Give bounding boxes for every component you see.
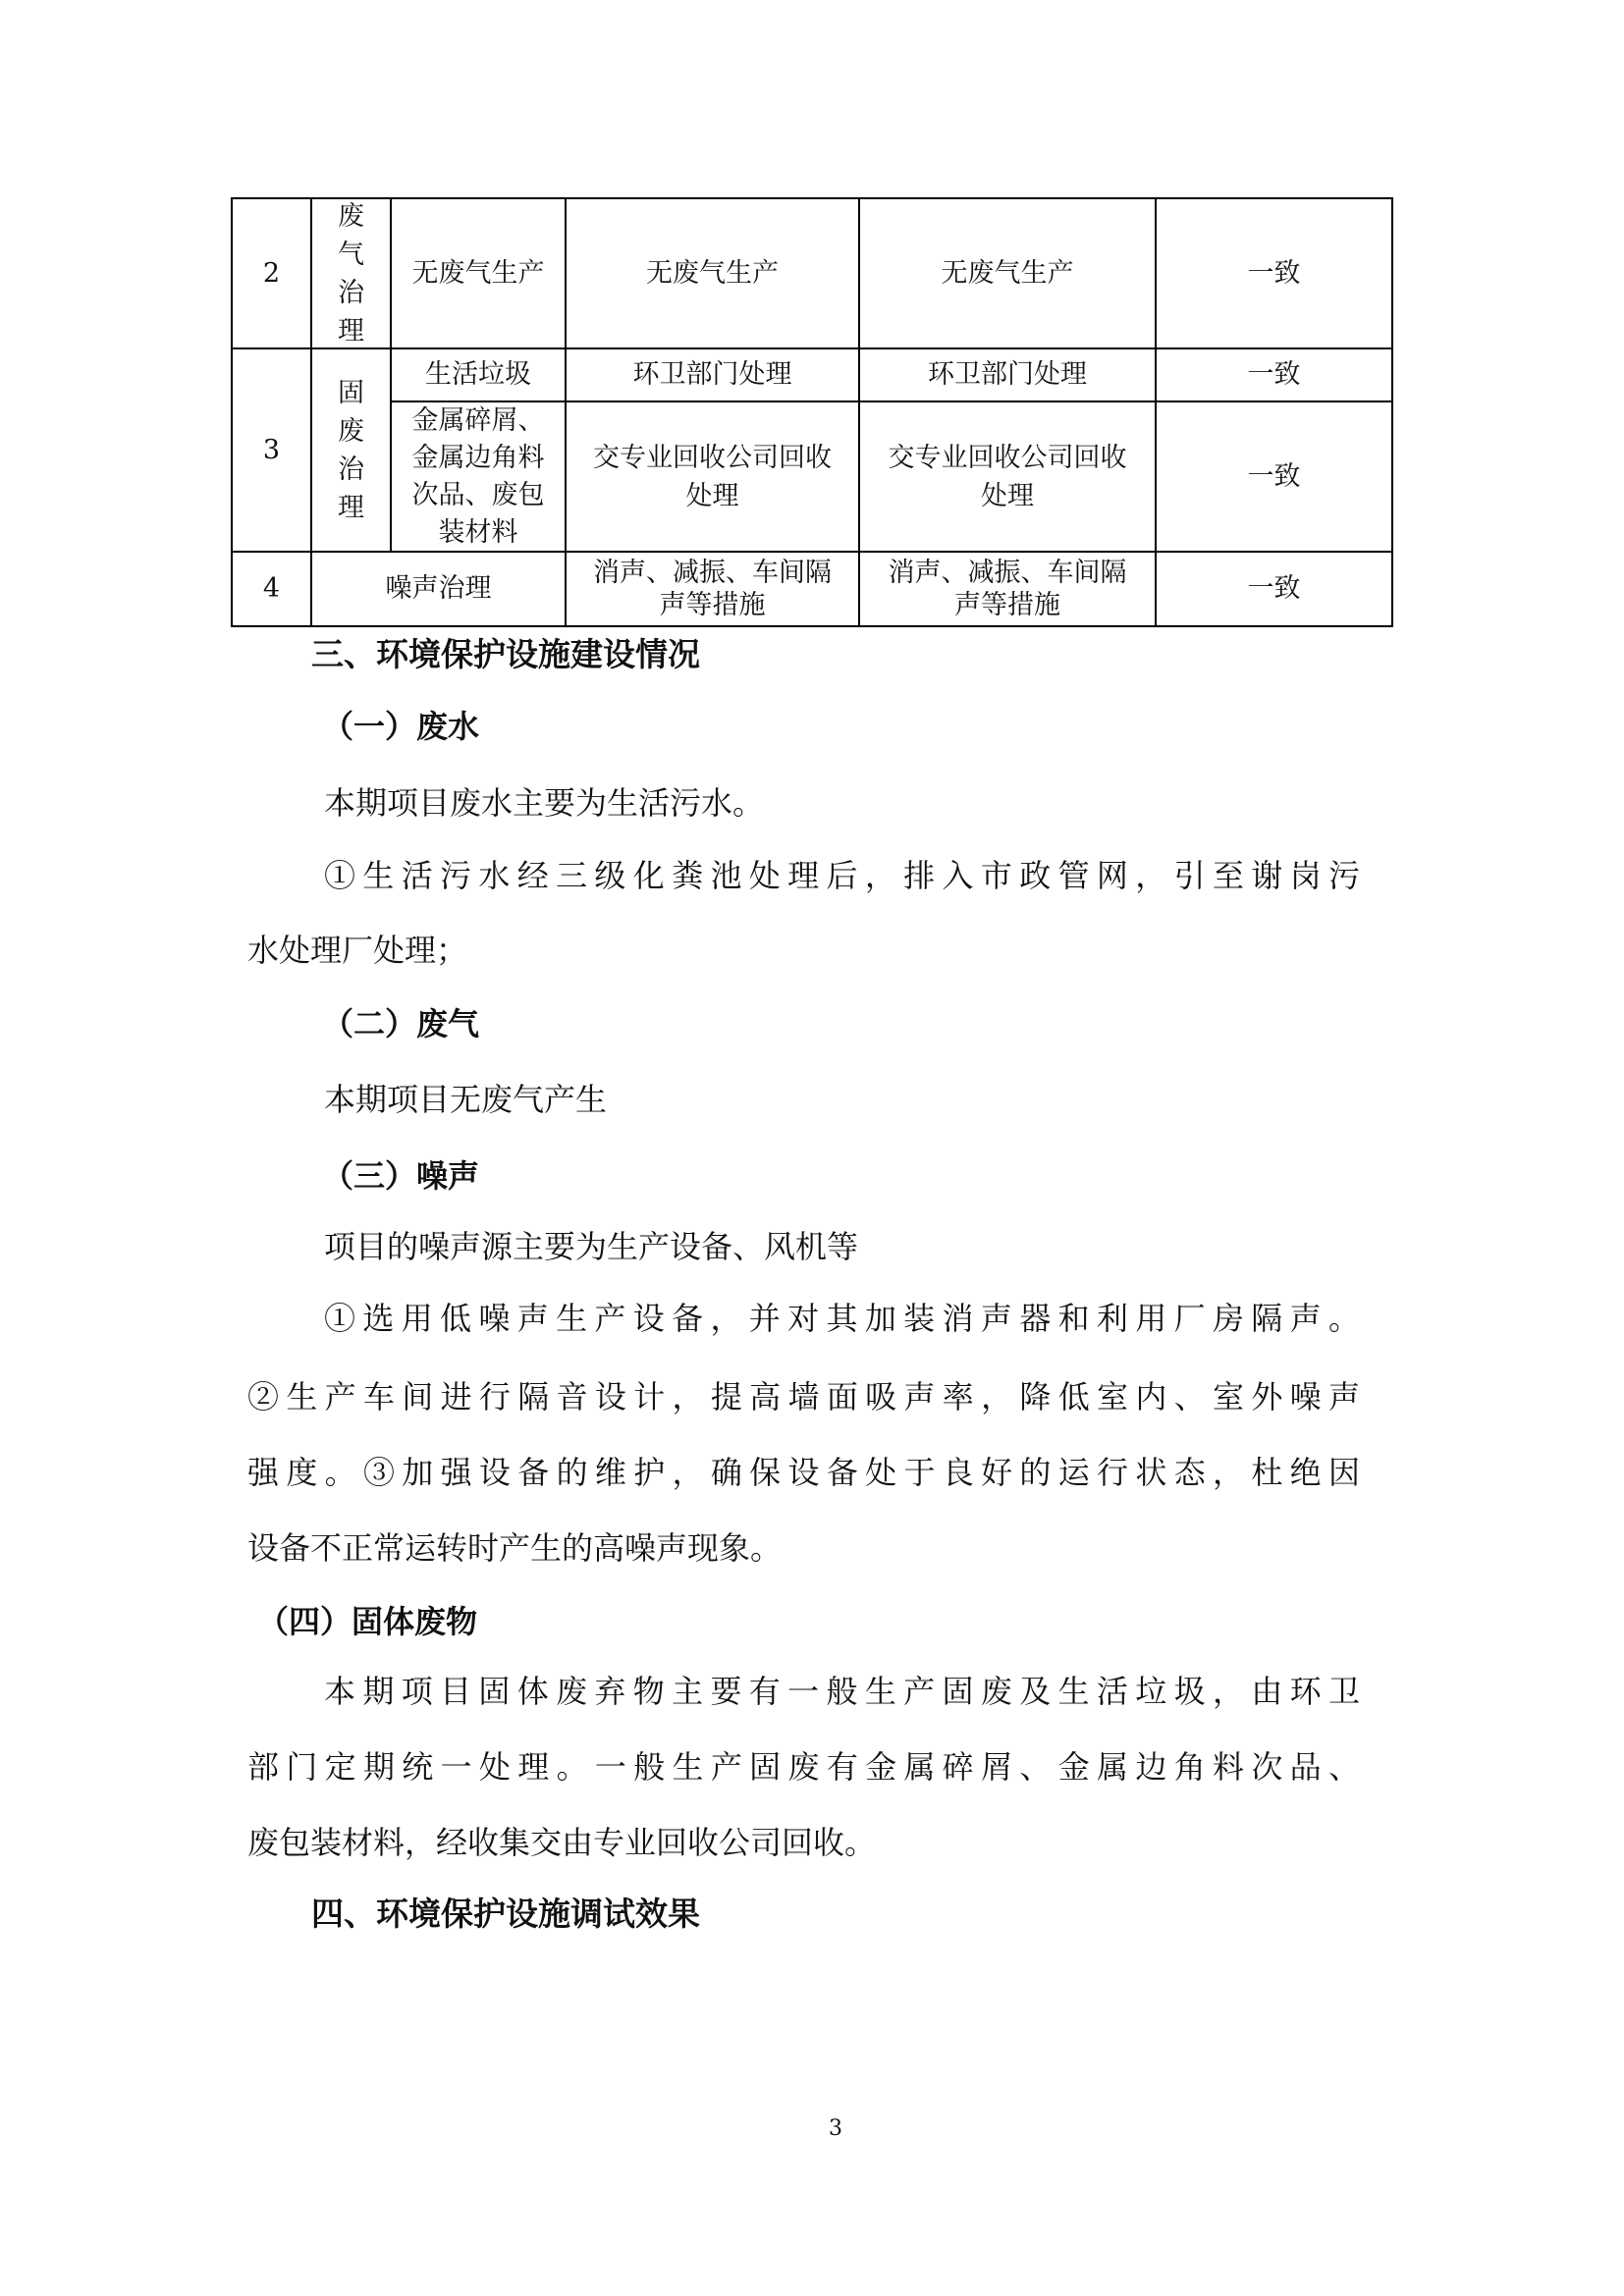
paragraph-line: 本期项目固体废弃物主要有一般生产固废及生活垃圾，由环卫 — [324, 1672, 1360, 1711]
category-char: 治 — [338, 451, 364, 489]
conclusion: 一致 — [1248, 458, 1301, 496]
row-index: 3 — [263, 432, 280, 469]
paragraph-line: 水处理厂处理； — [247, 931, 467, 970]
actual-measure-line: 交专业回收公司回收 — [889, 439, 1127, 477]
eia-requirement-line: 声等措施 — [660, 589, 766, 621]
paragraph-line: 强度。③加强设备的维护，确保设备处于良好的运行状态，杜绝因 — [247, 1453, 1360, 1492]
eia-requirement-line: 交专业回收公司回收 — [593, 439, 832, 477]
table-cell-conclusion: 一致 — [1155, 347, 1393, 402]
table-cell-actual: 环卫部门处理 — [858, 347, 1157, 402]
paragraph-line: ②生产车间进行隔音设计，提高墙面吸声率，降低室内、室外噪声 — [247, 1377, 1360, 1416]
item-name-line: 金属碎屑、 — [412, 402, 545, 440]
table-cell-conclusion: 一致 — [1155, 197, 1393, 349]
table-cell-item: 金属碎屑、 金属边角料 次品、废包 装材料 — [390, 400, 567, 553]
category-char: 气 — [338, 236, 364, 274]
section-title: 四、环境保护设施调试效果 — [311, 1895, 700, 1934]
paragraph-line: 部门定期统一处理。一般生产固废有金属碎屑、金属边角料次品、 — [247, 1747, 1360, 1787]
item-name-line: 次品、废包 — [412, 477, 545, 514]
eia-requirement-line: 消声、减振、车间隔 — [593, 557, 832, 589]
category-char: 废 — [338, 197, 364, 236]
table-cell-category: 噪声治理 — [310, 551, 567, 627]
table-cell-index: 4 — [231, 551, 312, 627]
subsection-heading: （二）废气 — [322, 1004, 479, 1043]
actual-measure: 环卫部门处理 — [928, 356, 1087, 394]
conclusion: 一致 — [1248, 255, 1301, 293]
item-name: 生活垃圾 — [425, 356, 531, 394]
row-index: 2 — [263, 255, 280, 293]
table-cell-eia-requirement: 交专业回收公司回收 处理 — [565, 400, 860, 553]
table-cell-item: 无废气生产 — [390, 197, 567, 349]
paragraph-line: ①选用低噪声生产设备，并对其加装消声器和利用厂房隔声。 — [324, 1299, 1360, 1338]
table-cell-conclusion: 一致 — [1155, 400, 1393, 553]
category-char: 理 — [338, 312, 364, 350]
paragraph-line: 项目的噪声源主要为生产设备、风机等 — [324, 1227, 858, 1266]
table-cell-eia-requirement: 消声、减振、车间隔 声等措施 — [565, 551, 860, 627]
subsection-heading: （四）固体废物 — [257, 1602, 477, 1641]
actual-measure-line: 处理 — [981, 477, 1034, 515]
category-char: 固 — [338, 374, 364, 412]
paragraph-line: ①生活污水经三级化粪池处理后，排入市政管网，引至谢岗污 — [324, 856, 1360, 895]
comparison-table: 2 废 气 治 理 无废气生产 无废气生产 无废气生产 一致 3 固 废 治 理 — [231, 197, 1393, 627]
table-cell-eia-requirement: 环卫部门处理 — [565, 347, 860, 402]
category-char: 治 — [338, 274, 364, 312]
paragraph-line: 本期项目废水主要为生活污水。 — [324, 783, 764, 823]
eia-requirement: 无废气生产 — [646, 255, 779, 293]
actual-measure-line: 消声、减振、车间隔 — [889, 557, 1127, 589]
category-char: 理 — [338, 489, 364, 527]
eia-requirement: 环卫部门处理 — [633, 356, 792, 394]
table-cell-category: 废 气 治 理 — [310, 197, 392, 349]
table-cell-eia-requirement: 无废气生产 — [565, 197, 860, 349]
section-title: 三、环境保护设施建设情况 — [311, 635, 700, 674]
category-char: 废 — [338, 412, 364, 451]
table-cell-actual: 消声、减振、车间隔 声等措施 — [858, 551, 1157, 627]
paragraph-line: 本期项目无废气产生 — [324, 1080, 607, 1119]
table-cell-conclusion: 一致 — [1155, 551, 1393, 627]
paragraph-line: 设备不正常运转时产生的高噪声现象。 — [247, 1528, 782, 1568]
eia-requirement-line: 处理 — [686, 477, 739, 515]
table-cell-actual: 无废气生产 — [858, 197, 1157, 349]
subsection-heading: （一）废水 — [322, 707, 479, 746]
conclusion: 一致 — [1248, 356, 1301, 394]
paragraph-line: 废包装材料，经收集交由专业回收公司回收。 — [247, 1823, 876, 1862]
table-cell-item: 生活垃圾 — [390, 347, 567, 402]
conclusion: 一致 — [1248, 570, 1301, 608]
category-label: 噪声治理 — [386, 570, 492, 608]
subsection-heading: （三）噪声 — [322, 1156, 479, 1196]
actual-measure-line: 声等措施 — [954, 589, 1060, 621]
table-cell-index: 3 — [231, 347, 312, 553]
page-number: 3 — [829, 2116, 842, 2142]
document-page: 2 废 气 治 理 无废气生产 无废气生产 无废气生产 一致 3 固 废 治 理 — [0, 0, 1624, 2296]
item-name-line: 金属边角料 — [412, 440, 545, 477]
actual-measure: 无废气生产 — [942, 255, 1074, 293]
table-cell-actual: 交专业回收公司回收 处理 — [858, 400, 1157, 553]
row-index: 4 — [263, 570, 280, 608]
item-name-line: 装材料 — [439, 514, 518, 552]
table-cell-index: 2 — [231, 197, 312, 349]
item-name: 无废气生产 — [412, 255, 545, 293]
table-cell-category: 固 废 治 理 — [310, 347, 392, 553]
